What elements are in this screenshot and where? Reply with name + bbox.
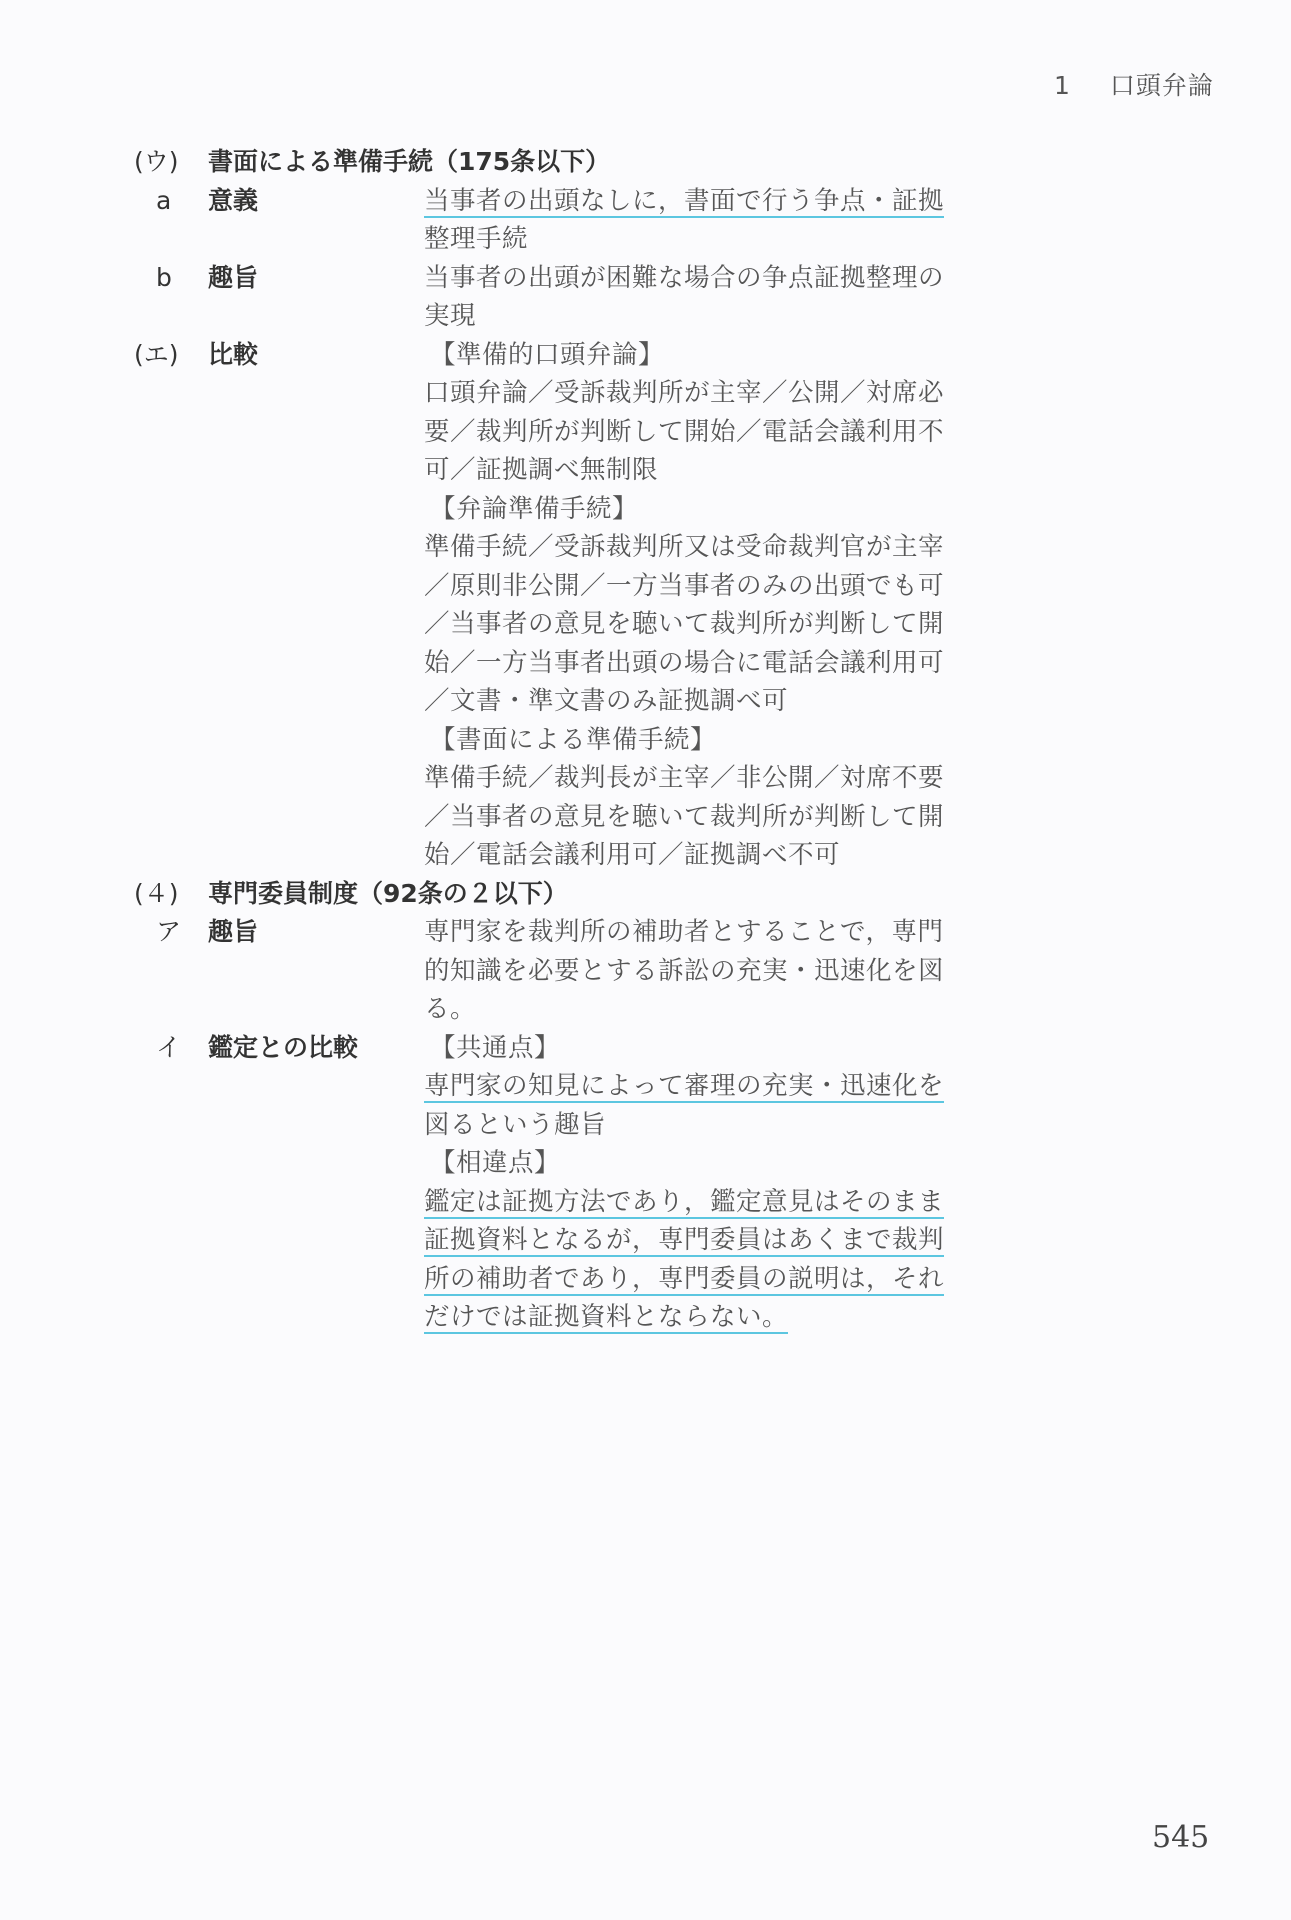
underlined-text: 当事者の出頭なしに，書面で行う争点・証拠 xyxy=(424,186,944,218)
item-label-text: 意義 xyxy=(208,186,258,215)
section-heading-4: (４)専門委員制度（92条の２以下） xyxy=(134,875,1034,914)
section-title: 専門委員制度（92条の２以下） xyxy=(208,879,568,908)
body-row: 図るという趣旨 xyxy=(134,1106,1034,1145)
body-row: 所の補助者であり，専門委員の説明は，それ xyxy=(134,1260,1034,1299)
underlined-text: だけでは証拠資料とならない。 xyxy=(424,1302,788,1334)
item-label-text: 趣旨 xyxy=(208,263,258,292)
body-line: 図るという趣旨 xyxy=(424,1106,606,1145)
body-row: 口頭弁論／受訴裁判所が主宰／公開／対席必 xyxy=(134,374,1034,413)
body-line: 口頭弁論／受訴裁判所が主宰／公開／対席必 xyxy=(424,374,944,413)
section-mark: (ウ) xyxy=(134,143,208,182)
body-line: ／当事者の意見を聴いて裁判所が判断して開 xyxy=(424,798,944,837)
section-title: 比較 xyxy=(208,340,258,369)
body-line: ／当事者の意見を聴いて裁判所が判断して開 xyxy=(424,605,944,644)
body-line: 整理手続 xyxy=(424,220,528,259)
body-row: 要／裁判所が判断して開始／電話会議利用不 xyxy=(134,413,1034,452)
item-row: ア趣旨 専門家を裁判所の補助者とすることで，専門 xyxy=(134,913,1034,952)
body-line: 要／裁判所が判断して開始／電話会議利用不 xyxy=(424,413,944,452)
block-heading: 【共通点】 xyxy=(430,1029,560,1068)
body-line: ／原則非公開／一方当事者のみの出頭でも可 xyxy=(424,567,944,606)
body-line: 的知識を必要とする訴訟の充実・迅速化を図 xyxy=(424,952,944,991)
body-line: 可／証拠調べ無制限 xyxy=(424,451,658,490)
body-row: ／原則非公開／一方当事者のみの出頭でも可 xyxy=(134,567,1034,606)
block-heading: 【書面による準備手続】 xyxy=(430,721,716,760)
body-row: る。 xyxy=(134,990,1034,1029)
item-row: 整理手続 xyxy=(134,220,1034,259)
body-row: 証拠資料となるが，専門委員はあくまで裁判 xyxy=(134,1221,1034,1260)
underlined-text: 専門家の知見によって審理の充実・迅速化を xyxy=(424,1071,944,1103)
body-row: だけでは証拠資料とならない。 xyxy=(134,1298,1034,1337)
body-row: ／当事者の意見を聴いて裁判所が判断して開 xyxy=(134,605,1034,644)
body-row: 的知識を必要とする訴訟の充実・迅速化を図 xyxy=(134,952,1034,991)
block-heading: 【準備的口頭弁論】 xyxy=(430,336,664,375)
item-row: イ鑑定との比較 【共通点】 xyxy=(134,1029,1034,1068)
body-line: 専門家を裁判所の補助者とすることで，専門 xyxy=(424,913,944,952)
underlined-text: 鑑定は証拠方法であり，鑑定意見はそのまま xyxy=(424,1187,944,1219)
running-head: 1 口頭弁論 xyxy=(1054,66,1214,102)
body-line: 証拠資料となるが，専門委員はあくまで裁判 xyxy=(424,1221,944,1260)
body-row: ／当事者の意見を聴いて裁判所が判断して開 xyxy=(134,798,1034,837)
body-line: 所の補助者であり，専門委員の説明は，それ xyxy=(424,1260,944,1299)
body-line: ／文書・準文書のみ証拠調べ可 xyxy=(424,682,788,721)
item-row: b趣旨 当事者の出頭が困難な場合の争点証拠整理の xyxy=(134,259,1034,298)
chapter-title: 口頭弁論 xyxy=(1110,71,1214,100)
body-line: 鑑定は証拠方法であり，鑑定意見はそのまま xyxy=(424,1183,944,1222)
body-row: 【書面による準備手続】 xyxy=(134,721,1034,760)
body-row: ／文書・準文書のみ証拠調べ可 xyxy=(134,682,1034,721)
body-row: 専門家の知見によって審理の充実・迅速化を xyxy=(134,1067,1034,1106)
body-row: 【相違点】 xyxy=(134,1144,1034,1183)
block-heading: 【相違点】 xyxy=(430,1144,560,1183)
item-label-a: a意義 xyxy=(156,182,258,221)
body-row: 準備手続／裁判長が主宰／非公開／対席不要 xyxy=(134,759,1034,798)
item-row: 実現 xyxy=(134,297,1034,336)
item-row: a意義 当事者の出頭なしに，書面で行う争点・証拠 xyxy=(134,182,1034,221)
section-heading-e: (エ)比較 【準備的口頭弁論】 xyxy=(134,336,1034,375)
item-label-text: 鑑定との比較 xyxy=(208,1033,358,1062)
section-heading-u: (ウ)書面による準備手続（175条以下） xyxy=(134,143,1034,182)
item-label-i: イ鑑定との比較 xyxy=(156,1029,358,1068)
body-line: 専門家の知見によって審理の充実・迅速化を xyxy=(424,1067,944,1106)
item-mark: ア xyxy=(156,913,208,952)
body-line: 準備手続／裁判長が主宰／非公開／対席不要 xyxy=(424,759,944,798)
body-row: 【弁論準備手続】 xyxy=(134,490,1034,529)
section-title: 書面による準備手続（175条以下） xyxy=(208,147,610,176)
body-line: 準備手続／受訴裁判所又は受命裁判官が主宰 xyxy=(424,528,944,567)
body-row: 始／電話会議利用可／証拠調べ不可 xyxy=(134,836,1034,875)
body-line: る。 xyxy=(424,990,476,1029)
page-content: (ウ)書面による準備手続（175条以下） a意義 当事者の出頭なしに，書面で行う… xyxy=(134,143,1034,1337)
item-mark: b xyxy=(156,259,208,298)
item-mark: イ xyxy=(156,1029,208,1068)
body-line: だけでは証拠資料とならない。 xyxy=(424,1298,788,1337)
body-row: 鑑定は証拠方法であり，鑑定意見はそのまま xyxy=(134,1183,1034,1222)
body-row: 始／一方当事者出頭の場合に電話会議利用可 xyxy=(134,644,1034,683)
item-label-text: 趣旨 xyxy=(208,917,258,946)
body-line: 始／一方当事者出頭の場合に電話会議利用可 xyxy=(424,644,944,683)
body-line: 当事者の出頭が困難な場合の争点証拠整理の xyxy=(424,259,944,298)
section-mark: (４) xyxy=(134,875,208,914)
chapter-number: 1 xyxy=(1054,71,1071,100)
body-line: 当事者の出頭なしに，書面で行う争点・証拠 xyxy=(424,182,944,221)
underlined-text: 証拠資料となるが，専門委員はあくまで裁判 xyxy=(424,1225,944,1257)
page-number: 545 xyxy=(1152,1820,1209,1855)
block-heading: 【弁論準備手続】 xyxy=(430,490,638,529)
body-line: 実現 xyxy=(424,297,476,336)
item-mark: a xyxy=(156,182,208,221)
item-label-b: b趣旨 xyxy=(156,259,258,298)
underlined-text: 所の補助者であり，専門委員の説明は，それ xyxy=(424,1264,944,1296)
body-row: 準備手続／受訴裁判所又は受命裁判官が主宰 xyxy=(134,528,1034,567)
body-line: 始／電話会議利用可／証拠調べ不可 xyxy=(424,836,840,875)
item-label-a: ア趣旨 xyxy=(156,913,258,952)
body-row: 可／証拠調べ無制限 xyxy=(134,451,1034,490)
section-mark: (エ) xyxy=(134,336,208,375)
